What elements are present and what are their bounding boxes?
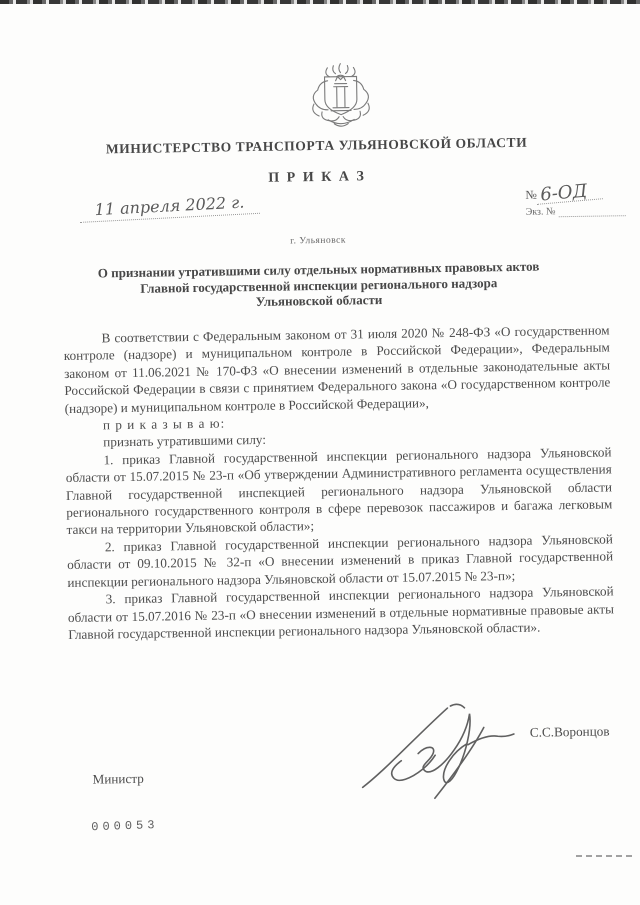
coat-of-arms-emblem [303,59,378,132]
copy-number-blank-line [558,205,625,217]
handwritten-document-number: 6-ОД [536,183,603,205]
order-body: В соответствии с Федеральным законом от … [63,321,614,643]
signer-name: С.С.Воронцов [530,723,610,740]
intro-paragraph: В соответствии с Федеральным законом от … [63,321,610,417]
signature-scribble [355,697,527,805]
signature-block: Министр С.С.Воронцов [5,695,640,815]
scanned-order-document: МИНИСТЕРСТВО ТРАНСПОРТА УЛЬЯНОВСКОЙ ОБЛА… [0,0,640,905]
copy-number-label: Экз. № [526,206,556,217]
revoked-item-2: 2. приказ Главной государственной инспек… [67,530,614,591]
handwritten-date: 11 апреля 2022 г. [79,192,260,223]
page-stamp-number: 000053 [91,818,159,834]
signer-position: Министр [92,771,144,788]
order-title: О признании утратившими силу отдельных н… [68,258,569,312]
city-line: г. Ульяновск [0,231,638,251]
revoked-item-3: 3. приказ Главной государственной инспек… [68,583,615,644]
revoked-item-1: 1. приказ Главной государственной инспек… [65,443,612,539]
scan-dash-artifact [576,855,636,857]
document-number-block: № 6-ОД Экз. № [525,185,625,218]
ministry-name: МИНИСТЕРСТВО ТРАНСПОРТА УЛЬЯНОВСКОЙ ОБЛА… [0,133,637,159]
